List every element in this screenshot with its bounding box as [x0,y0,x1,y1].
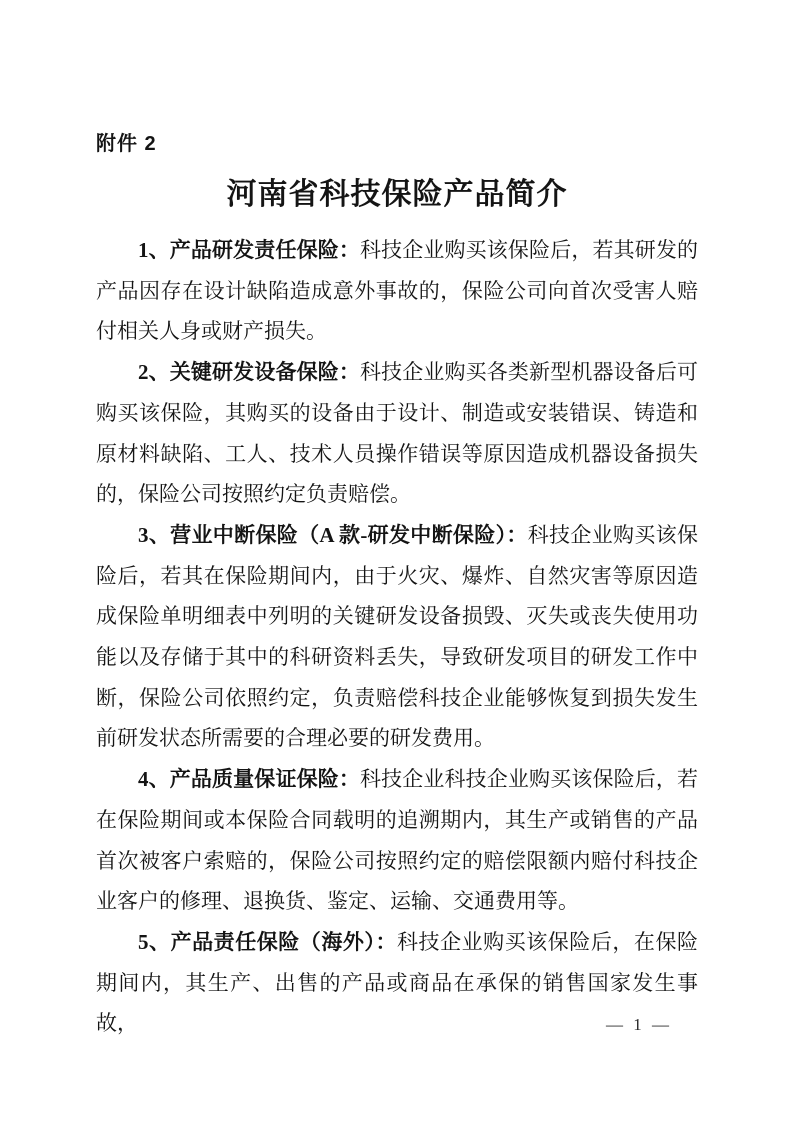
paragraph-5-lead: 5、产品责任保险（海外）： [138,930,397,954]
paragraph-3-body: 科技企业购买该保险后，若其在保险期间内，由于火灾、爆炸、自然灾害等原因造成保险单… [96,523,698,751]
paragraph-1-lead: 1、产品研发责任保险： [138,238,360,262]
paragraph-4: 4、产品质量保证保险：科技企业科技企业购买该保险后，若在保险期间或本保险合同载明… [96,759,698,922]
document-title: 河南省科技保险产品简介 [96,175,698,215]
paragraph-1: 1、产品研发责任保险：科技企业购买该保险后，若其研发的产品因存在设计缺陷造成意外… [96,230,698,352]
page-number: — 1 — [606,1012,672,1038]
paragraph-4-lead: 4、产品质量保证保险： [138,767,360,791]
paragraph-2: 2、关键研发设备保险：科技企业购买各类新型机器设备后可购买该保险，其购买的设备由… [96,352,698,515]
paragraph-3: 3、营业中断保险（A 款-研发中断保险）：科技企业购买该保险后，若其在保险期间内… [96,515,698,759]
document-body: 1、产品研发责任保险：科技企业购买该保险后，若其研发的产品因存在设计缺陷造成意外… [96,230,698,1044]
paragraph-3-lead: 3、营业中断保险（A 款-研发中断保险）： [138,523,528,547]
document-page: 附件 2 河南省科技保险产品简介 1、产品研发责任保险：科技企业购买该保险后，若… [0,0,794,1123]
paragraph-2-lead: 2、关键研发设备保险： [138,360,360,384]
attachment-label: 附件 2 [96,131,698,157]
